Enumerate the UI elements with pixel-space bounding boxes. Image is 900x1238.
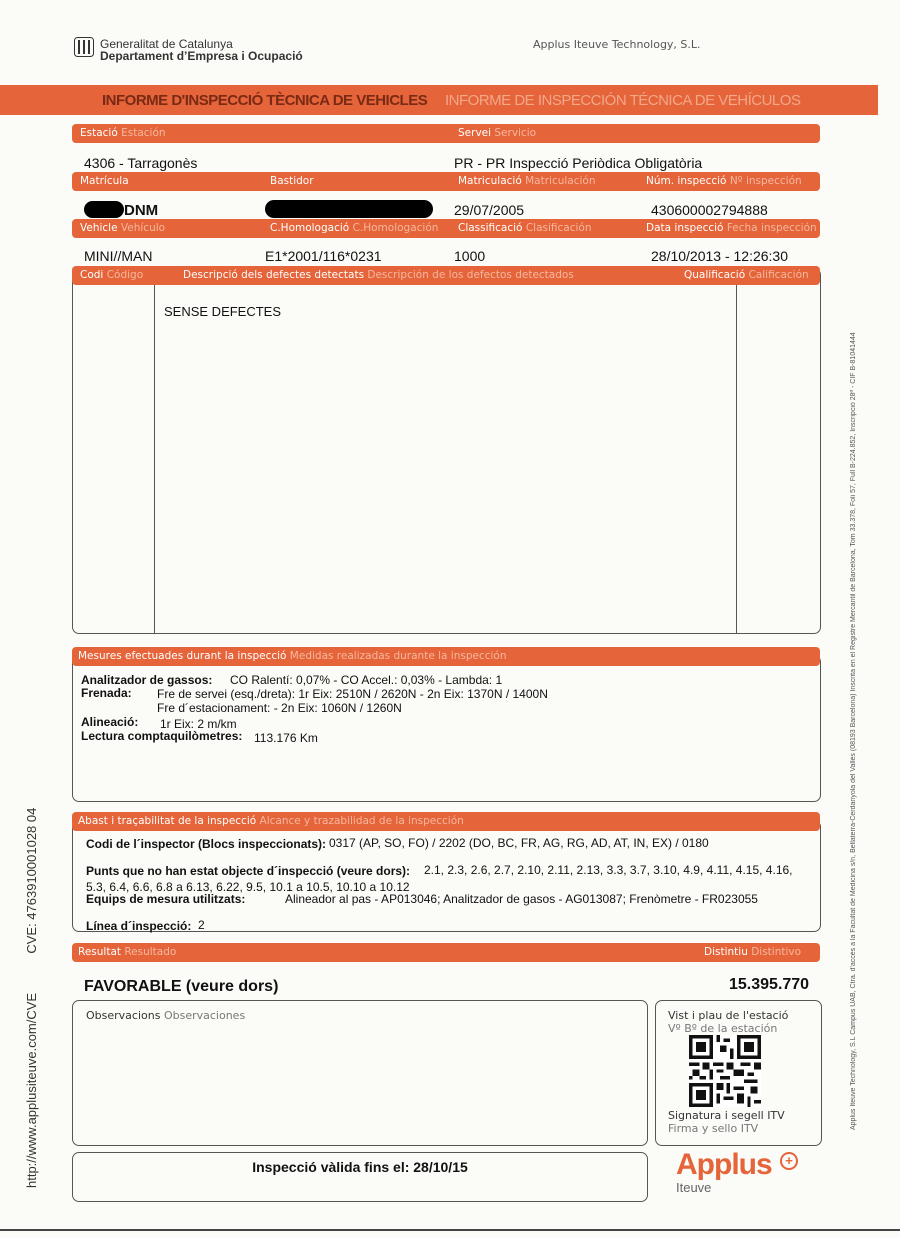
- service-label: Servei: [458, 127, 491, 139]
- brake-service-value: Fre de servei (esq./dreta): 1r Eix: 2510…: [157, 687, 548, 701]
- badge-label: Distintiu: [704, 946, 748, 958]
- qr-code: [689, 1035, 761, 1107]
- homologation-value: E1*2001/116*0231: [265, 248, 382, 264]
- vehicle-label: Vehicle: [80, 222, 118, 234]
- cve-url[interactable]: http://www.applusiteuve.com/CVE: [24, 993, 39, 1188]
- equipment-label: Equips de mesura utilitzats:: [86, 892, 245, 906]
- validity-text: Inspecció vàlida fins el: 28/10/15: [73, 1159, 647, 1175]
- defects-text: SENSE DEFECTES: [164, 304, 281, 319]
- company-name: Applus Iteuve Technology, S.L.: [533, 38, 701, 51]
- defects-header-bar: Codi Código Descripció dels defectes det…: [72, 266, 820, 285]
- description-label: Descripció dels defectes detectats: [183, 269, 364, 281]
- validity-box: Inspecció vàlida fins el: 28/10/15: [72, 1152, 648, 1202]
- inspector-label: Codi de l´inspector (Blocs inspeccionats…: [86, 837, 326, 851]
- stamp-box: Vist i plau de l'estació Vº Bº de la est…: [655, 1000, 822, 1146]
- alignment-label: Alineació:: [81, 715, 138, 729]
- not-inspected-label: Punts que no han estat objecte d´inspecc…: [86, 864, 410, 878]
- code-label: Codi: [80, 269, 103, 281]
- registration-value: 29/07/2005: [454, 202, 524, 218]
- stamp-line2: Vº Bº de la estación: [668, 1022, 777, 1035]
- vehicle-details-bar: Vehicle Vehículo C.Homologació C.Homolog…: [72, 219, 820, 238]
- gas-value: CO Ralentí: 0,07% - CO Accel.: 0,03% - L…: [230, 673, 502, 687]
- side-left-text: http://www.applusiteuve.com/CVE CVE: 476…: [24, 808, 39, 1188]
- bottom-rule: [0, 1229, 900, 1231]
- defects-qual-column-divider: [736, 282, 737, 633]
- registration-label: Matriculació: [458, 175, 522, 187]
- vehicle-id-bar: Matrícula Bastidor Matriculació Matricul…: [72, 172, 820, 191]
- brake-parking-value: Fre d´estacionament: - 2n Eix: 1060N / 1…: [157, 701, 402, 715]
- scope-label: Abast i traçabilitat de la inspecció: [78, 815, 256, 827]
- result-header-bar: Resultat Resultado Distintiu Distintivo: [72, 943, 820, 962]
- inspection-date-label: Data inspecció: [646, 222, 723, 234]
- applus-logo: Applus + Iteuve: [676, 1148, 772, 1195]
- odometer-label: Lectura comptaquilòmetres:: [81, 729, 242, 743]
- line-label: Línea d´inspecció:: [86, 919, 191, 933]
- homologation-label: C.Homologació: [270, 222, 349, 234]
- chassis-redaction: [265, 200, 433, 218]
- inspector-value: 0317 (AP, SO, FO) / 2202 (DO, BC, FR, AG…: [329, 836, 709, 850]
- line-value: 2: [198, 918, 205, 932]
- classification-label: Classificació: [458, 222, 522, 234]
- station-value: 4306 - Tarragonès: [84, 155, 197, 171]
- chassis-label: Bastidor: [270, 172, 314, 191]
- defects-table: SENSE DEFECTES: [72, 268, 821, 634]
- badge-value: 15.395.770: [729, 976, 809, 994]
- stamp-line3: Signatura i segell ITV: [668, 1109, 785, 1122]
- inspection-number-label: Núm. inspecció: [646, 175, 726, 187]
- plate-label: Matrícula: [80, 172, 129, 191]
- plate-redaction: [84, 201, 124, 218]
- not-inspected-value-1: 2.1, 2.3, 2.6, 2.7, 2.10, 2.11, 2.13, 3.…: [424, 863, 793, 877]
- inspection-number-value: 430600002794888: [651, 202, 768, 218]
- qualification-label: Qualificació: [684, 269, 745, 281]
- measures-header-bar: Mesures efectuades durant la inspecció M…: [72, 647, 820, 666]
- brake-label: Frenada:: [81, 686, 132, 700]
- odometer-value: 113.176 Km: [254, 731, 318, 745]
- logo-sub: Iteuve: [676, 1180, 772, 1195]
- observations-box: Observacions Observaciones: [72, 1000, 648, 1146]
- station-label: Estació: [80, 127, 118, 139]
- measures-label: Mesures efectuades durant la inspecció: [78, 650, 286, 662]
- plate-value: DNM: [84, 201, 158, 219]
- inspection-date-value: 28/10/2013 - 12:26:30: [651, 248, 788, 264]
- service-value: PR - PR Inspecció Periòdica Obligatòria: [454, 155, 702, 171]
- scope-header-bar: Abast i traçabilitat de la inspecció Alc…: [72, 812, 820, 831]
- cve-code: CVE: 4763910001028 04: [24, 808, 39, 954]
- defects-code-column-divider: [154, 282, 155, 633]
- observations-label: Observacions: [86, 1009, 160, 1022]
- generalitat-logo: [74, 37, 94, 57]
- station-service-bar: Estació Estación Servei Servicio: [72, 124, 820, 143]
- gov-line2: Departament d’Empresa i Ocupació: [100, 49, 303, 63]
- gas-label: Analitzador de gassos:: [81, 673, 212, 687]
- stamp-line4: Firma y sello ITV: [668, 1122, 758, 1135]
- logo-brand: Applus: [676, 1148, 772, 1181]
- side-right-text: Applus Iteuve Technology, S.L Campus UAB…: [850, 120, 857, 1130]
- stamp-line1: Vist i plau de l'estació: [668, 1009, 788, 1022]
- result-value: FAVORABLE (veure dors): [84, 978, 278, 996]
- plus-icon: +: [780, 1152, 798, 1170]
- title-es: INFORME DE INSPECCIÓN TÉCNICA DE VEHÍCUL…: [445, 92, 800, 109]
- classification-value: 1000: [454, 248, 485, 264]
- title-ca: INFORME D'INSPECCIÓ TÈCNICA DE VEHICLES: [102, 92, 427, 109]
- equipment-value: Alineador al pas - AP013046; Analitzador…: [285, 892, 758, 906]
- result-label: Resultat: [78, 946, 121, 958]
- title-bar: INFORME D'INSPECCIÓ TÈCNICA DE VEHICLES …: [0, 85, 878, 115]
- vehicle-value: MINI//MAN: [84, 248, 152, 264]
